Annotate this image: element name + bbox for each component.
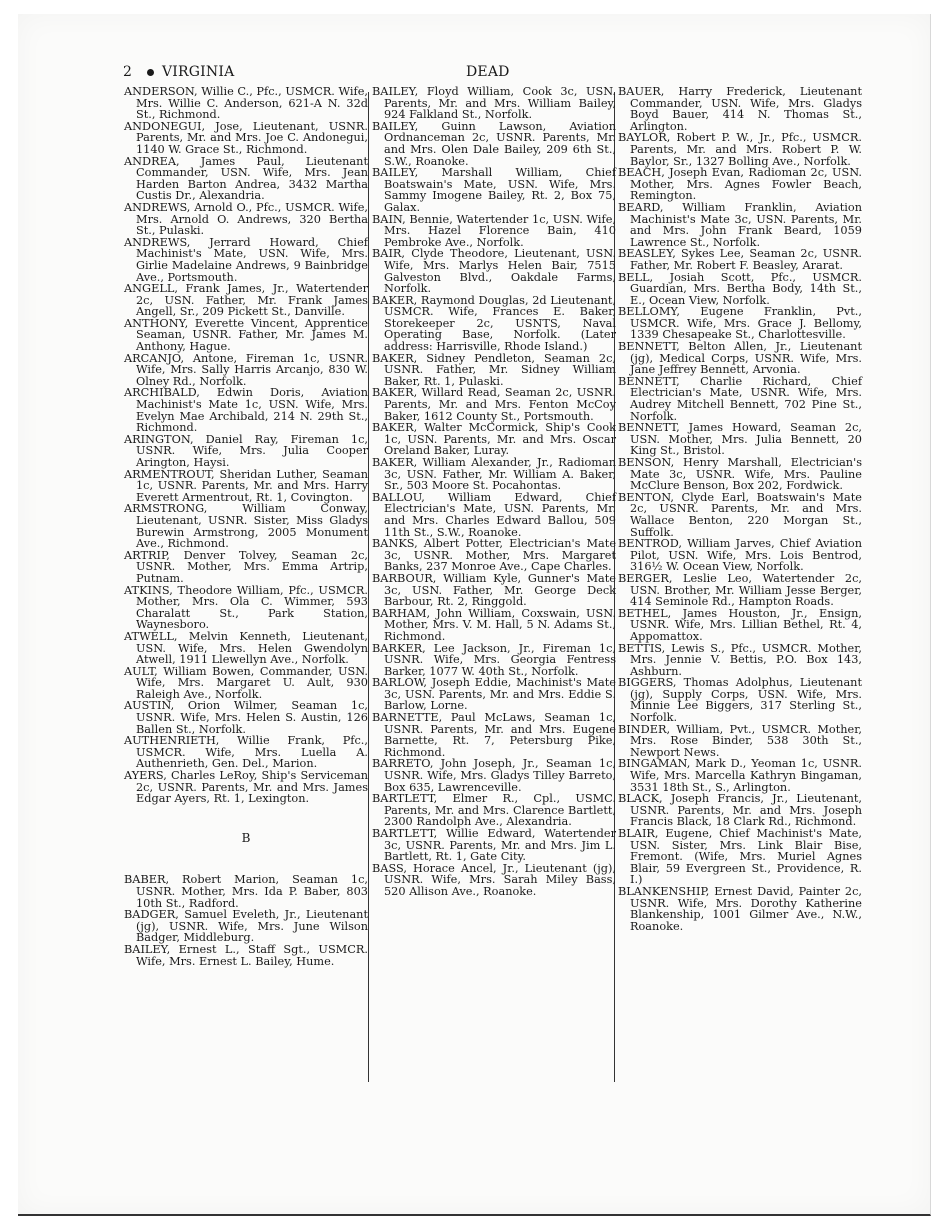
list-item: BLANKENSHIP, Ernest David, Painter 2c, U… — [618, 886, 862, 932]
list-item: BETHEL, James Houston, Jr., Ensign, USNR… — [618, 608, 862, 643]
list-item: ARMENTROUT, Sheridan Luther, Seaman 1c, … — [124, 469, 368, 504]
list-item: BAILEY, Marshall William, Chief Boatswai… — [372, 167, 616, 213]
column-1: ANDERSON, Willie C., Pfc., USMCR. Wife, … — [124, 86, 368, 967]
list-item: BARTLETT, Elmer R., Cpl., USMC. Parents,… — [372, 793, 616, 828]
list-item: BAKER, William Alexander, Jr., Radioman … — [372, 457, 616, 492]
list-item: BEASLEY, Sykes Lee, Seaman 2c, USNR. Fat… — [618, 248, 862, 271]
page-number: 2 — [123, 64, 132, 80]
list-item: BASS, Horace Ancel, Jr., Lieutenant (jg)… — [372, 863, 616, 898]
list-item: BENNETT, Belton Allen, Jr., Lieutenant (… — [618, 341, 862, 376]
list-item: AUSTIN, Orion Wilmer, Seaman 1c, USNR. W… — [124, 700, 368, 735]
list-item: ANDREWS, Jerrard Howard, Chief Machinist… — [124, 237, 368, 283]
list-item: BANKS, Albert Potter, Electrician's Mate… — [372, 538, 616, 573]
list-item: BLAIR, Eugene, Chief Machinist's Mate, U… — [618, 828, 862, 886]
list-item: BALLOU, William Edward, Chief Electricia… — [372, 492, 616, 538]
list-item: BENTON, Clyde Earl, Boatswain's Mate 2c,… — [618, 492, 862, 538]
list-item: ANDONEGUI, Jose, Lieutenant, USNR. Paren… — [124, 121, 368, 156]
list-item: BAILEY, Floyd William, Cook 3c, USN. Par… — [372, 86, 616, 121]
list-item: BAKER, Walter McCormick, Ship's Cook 1c,… — [372, 422, 616, 457]
list-item: BADGER, Samuel Eveleth, Jr., Lieutenant … — [124, 909, 368, 944]
list-item: BELL, Josiah Scott, Pfc., USMCR. Guardia… — [618, 272, 862, 307]
list-item: AUTHENRIETH, Willie Frank, Pfc., USMCR. … — [124, 735, 368, 770]
list-item: BENTROD, William Jarves, Chief Aviation … — [618, 538, 862, 573]
list-item: BARKER, Lee Jackson, Jr., Fireman 1c, US… — [372, 643, 616, 678]
list-item: BAKER, Raymond Douglas, 2d Lieutenant, U… — [372, 295, 616, 353]
state-heading: VIRGINIA — [162, 64, 234, 80]
list-item: BAIR, Clyde Theodore, Lieutenant, USN. W… — [372, 248, 616, 294]
list-item: BERGER, Leslie Leo, Watertender 2c, USN.… — [618, 573, 862, 608]
bullet-icon — [147, 69, 154, 76]
list-item: ANDERSON, Willie C., Pfc., USMCR. Wife, … — [124, 86, 368, 121]
list-item: BINDER, William, Pvt., USMCR. Mother, Mr… — [618, 724, 862, 759]
list-item: AYERS, Charles LeRoy, Ship's Serviceman … — [124, 770, 368, 805]
list-item: ARCHIBALD, Edwin Doris, Aviation Machini… — [124, 387, 368, 433]
list-item: BARHAM, John William, Coxswain, USN. Mot… — [372, 608, 616, 643]
list-item: BIGGERS, Thomas Adolphus, Lieutenant (jg… — [618, 677, 862, 723]
section-heading: DEAD — [466, 64, 510, 80]
list-item: ANDREA, James Paul, Lieutenant Commander… — [124, 156, 368, 202]
list-item: BAUER, Harry Frederick, Lieutenant Comma… — [618, 86, 862, 132]
list-item: BENNETT, James Howard, Seaman 2c, USN. M… — [618, 422, 862, 457]
list-item: BAYLOR, Robert P. W., Jr., Pfc., USMCR. … — [618, 132, 862, 167]
list-item: BENNETT, Charlie Richard, Chief Electric… — [618, 376, 862, 422]
list-item: BINGAMAN, Mark D., Yeoman 1c, USNR. Wife… — [618, 758, 862, 793]
list-item: ARINGTON, Daniel Ray, Fireman 1c, USNR. … — [124, 434, 368, 469]
list-item: BARRETO, John Joseph, Jr., Seaman 1c, US… — [372, 758, 616, 793]
list-item: BARLOW, Joseph Eddie, Machinist's Mate 3… — [372, 677, 616, 712]
list-item: BARTLETT, Willie Edward, Watertender 3c,… — [372, 828, 616, 863]
list-item: ANTHONY, Everette Vincent, Apprentice Se… — [124, 318, 368, 353]
list-item: ANGELL, Frank James, Jr., Watertender 2c… — [124, 283, 368, 318]
column-divider — [368, 92, 369, 1082]
column-2: BAILEY, Floyd William, Cook 3c, USN. Par… — [372, 86, 616, 898]
column-3: BAUER, Harry Frederick, Lieutenant Comma… — [618, 86, 862, 932]
list-item: BEARD, William Franklin, Aviation Machin… — [618, 202, 862, 248]
list-item: AULT, William Bowen, Commander, USN. Wif… — [124, 666, 368, 701]
list-item: BELLOMY, Eugene Franklin, Pvt., USMCR. W… — [618, 306, 862, 341]
list-item: BEACH, Joseph Evan, Radioman 2c, USN. Mo… — [618, 167, 862, 202]
list-item: BAKER, Willard Read, Seaman 2c, USNR. Pa… — [372, 387, 616, 422]
list-item: ARMSTRONG, William Conway, Lieutenant, U… — [124, 503, 368, 549]
list-item: BARBOUR, William Kyle, Gunner's Mate 3c,… — [372, 573, 616, 608]
list-item: BARNETTE, Paul McLaws, Seaman 1c, USNR. … — [372, 712, 616, 758]
list-item: BAILEY, Guinn Lawson, Aviation Ordnancem… — [372, 121, 616, 167]
list-item: ATKINS, Theodore William, Pfc., USMCR. M… — [124, 585, 368, 631]
letter-heading: B — [124, 833, 368, 845]
list-item: BABER, Robert Marion, Seaman 1c, USNR. M… — [124, 874, 368, 909]
list-item: BENSON, Henry Marshall, Electrician's Ma… — [618, 457, 862, 492]
list-item: BLACK, Joseph Francis, Jr., Lieutenant, … — [618, 793, 862, 828]
list-item: ARTRIP, Denver Tolvey, Seaman 2c, USNR. … — [124, 550, 368, 585]
list-item: ARCANJO, Antone, Fireman 1c, USNR. Wife,… — [124, 353, 368, 388]
list-item: BAKER, Sidney Pendleton, Seaman 2c, USNR… — [372, 353, 616, 388]
page-header: 2 VIRGINIA DEAD — [120, 64, 860, 84]
list-item: BETTIS, Lewis S., Pfc., USMCR. Mother, M… — [618, 643, 862, 678]
list-item: BAILEY, Ernest L., Staff Sgt., USMCR. Wi… — [124, 944, 368, 967]
list-item: ATWELL, Melvin Kenneth, Lieutenant, USN.… — [124, 631, 368, 666]
list-item: ANDREWS, Arnold O., Pfc., USMCR. Wife, M… — [124, 202, 368, 237]
list-item: BAIN, Bennie, Watertender 1c, USN. Wife,… — [372, 214, 616, 249]
